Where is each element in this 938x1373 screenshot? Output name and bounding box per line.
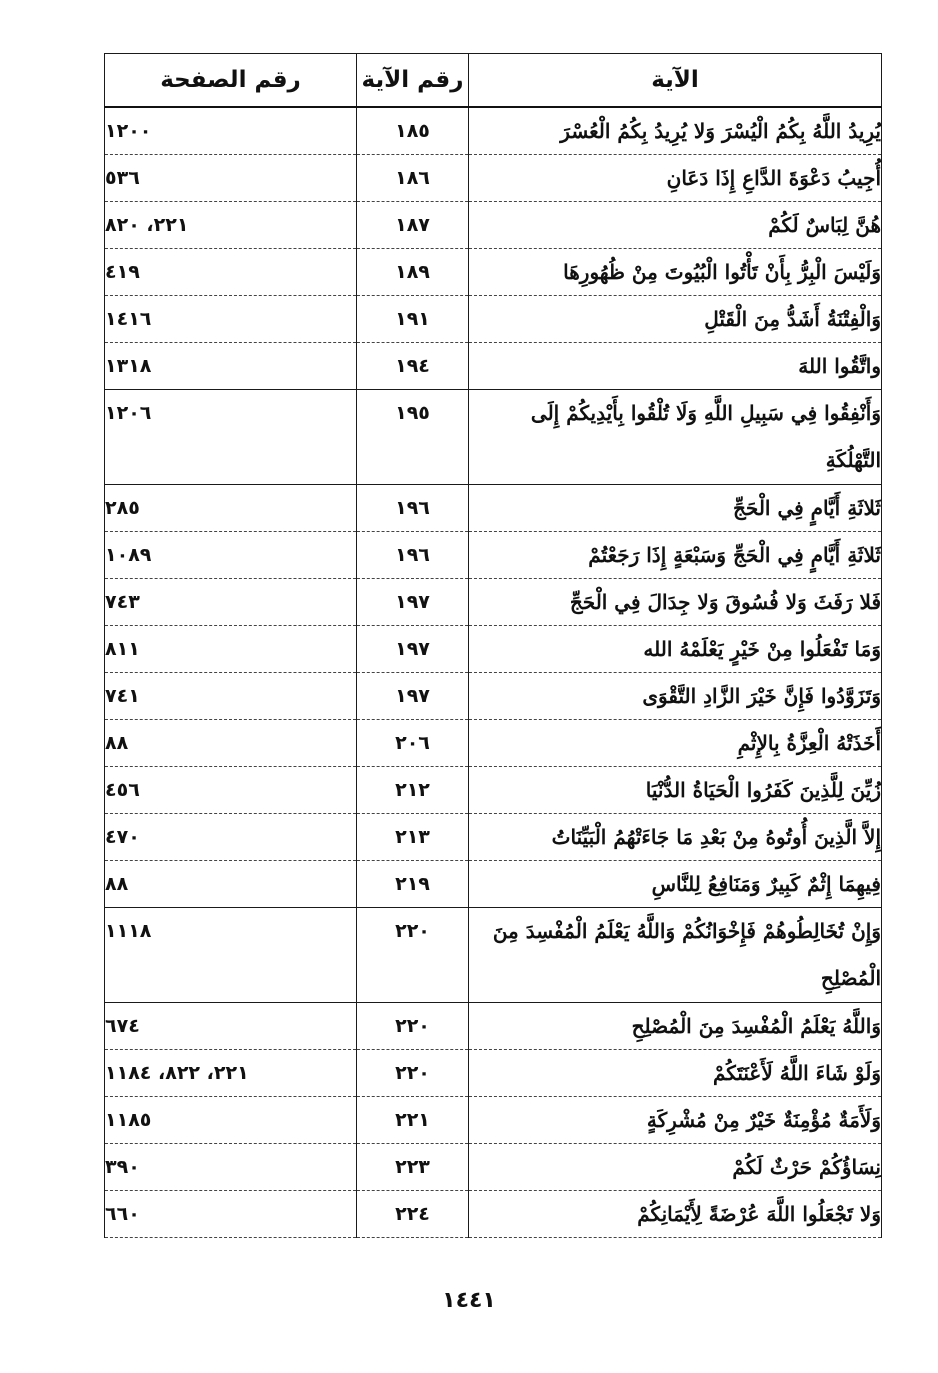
table-row: وَأَنْفِقُوا فِي سَبِيلِ اللَّهِ وَلَا ت… [105, 390, 882, 485]
page-references: ٦٧٤ [105, 1003, 357, 1050]
table-row: ثَلاثَةِ أَيَّامٍ فِي الْحَجِّ وَسَبْعَة… [105, 532, 882, 579]
page-references: ٤٥٦ [105, 767, 357, 814]
verse-index-table: الآية رقم الآية رقم الصفحة يُرِيدُ اللَّ… [104, 53, 882, 1238]
page-references-text: ٤١٩ [105, 249, 356, 295]
verse-number: ١٩٥ [357, 390, 469, 485]
verse-number: ١٩٧ [357, 626, 469, 673]
page-references-text: ٨١١ [105, 626, 356, 672]
page-references: ١٠٨٩ [105, 532, 357, 579]
page-references-text: ١٠٨٩ [105, 532, 356, 578]
table-row: ثَلاثَةِ أَيَّامٍ فِي الْحَجِّ١٩٦٢٨٥ [105, 485, 882, 532]
verse-number: ٢٢٠ [357, 1050, 469, 1097]
page-references-text: ١٤١٦ [105, 296, 356, 342]
verse-number: ١٨٩ [357, 249, 469, 296]
verse-number: ١٨٥ [357, 107, 469, 155]
verse-text: أَخَذَتْهُ الْعِزَّةُ بِالإِثْمِ [469, 720, 882, 767]
page-references-text: ٧٤١ [105, 673, 356, 719]
verse-number: ١٩٦ [357, 485, 469, 532]
page-references: ١٤١٦ [105, 296, 357, 343]
page-references: ٦٦٠ [105, 1191, 357, 1238]
table-row: وَالْفِتْنَةُ أَشَدُّ مِنَ الْقَتْلِ١٩١١… [105, 296, 882, 343]
verse-number: ١٨٧ [357, 202, 469, 249]
table-row: زُيِّنَ لِلَّذِينَ كَفَرُوا الْحَيَاةُ ا… [105, 767, 882, 814]
verse-text: وَأَنْفِقُوا فِي سَبِيلِ اللَّهِ وَلَا ت… [469, 390, 882, 485]
verse-text: أُجِيبُ دَعْوَةَ الدَّاعِ إِذَا دَعَانِ [469, 155, 882, 202]
page-references-text: ٣٩٠ [105, 1144, 356, 1190]
page-references: ٣٩٠ [105, 1144, 357, 1191]
table-header-row: الآية رقم الآية رقم الصفحة [105, 54, 882, 108]
table-row: نِسَاؤُكُمْ حَرْثٌ لَكُمْ٢٢٣٣٩٠ [105, 1144, 882, 1191]
verse-number: ١٩٧ [357, 673, 469, 720]
page-references-text: ٤٧٠ [105, 814, 356, 860]
page-references: ١٢٠٦ [105, 390, 357, 485]
table-row: وَلَوْ شَاءَ اللَّهُ لَأَعْنَتَكُمْ٢٢٠٢٢… [105, 1050, 882, 1097]
verse-text: وَإِنْ تُخَالِطُوهُمْ فَإِخْوَانُكُمْ وَ… [469, 908, 882, 1003]
header-verse-number: رقم الآية [357, 54, 469, 108]
verse-text: واتَّقُوا اللهَ [469, 343, 882, 390]
page-references-text: ٢٢١، ٨٢٠ [105, 202, 356, 248]
table-row: وَلَأَمَةٌ مُؤْمِنَةٌ خَيْرٌ مِنْ مُشْرِ… [105, 1097, 882, 1144]
verse-text: وَمَا تَفْعَلُوا مِنْ خَيْرٍ يَعْلَمْهُ … [469, 626, 882, 673]
verse-number: ١٩٧ [357, 579, 469, 626]
page-references: ٢٢١، ٨٢٠ [105, 202, 357, 249]
page-references: ٢٨٥ [105, 485, 357, 532]
verse-text: وَلَيْسَ الْبِرُّ بِأَنْ تَأْتُوا الْبُي… [469, 249, 882, 296]
verse-text: وَلَأَمَةٌ مُؤْمِنَةٌ خَيْرٌ مِنْ مُشْرِ… [469, 1097, 882, 1144]
table-row: أُجِيبُ دَعْوَةَ الدَّاعِ إِذَا دَعَانِ١… [105, 155, 882, 202]
page-references-text: ٨٨ [105, 861, 356, 907]
header-page-number: رقم الصفحة [105, 54, 357, 108]
page-references: ١١٨٥ [105, 1097, 357, 1144]
verse-text: إِلاَّ الَّذِينَ أُوتُوهُ مِنْ بَعْدِ مَ… [469, 814, 882, 861]
page-references: ٧٤٣ [105, 579, 357, 626]
header-verse: الآية [469, 54, 882, 108]
verse-number: ٢١٣ [357, 814, 469, 861]
verse-number: ٢٢٣ [357, 1144, 469, 1191]
page-references-text: ١١٨٥ [105, 1097, 356, 1143]
verse-number: ١٩١ [357, 296, 469, 343]
verse-text: وَاللَّهُ يَعْلَمُ الْمُفْسِدَ مِنَ الْم… [469, 1003, 882, 1050]
table-row: هُنَّ لِبَاسٌ لَكُمْ١٨٧٢٢١، ٨٢٠ [105, 202, 882, 249]
page-references-text: ٢٨٥ [105, 485, 356, 531]
verse-text: فِيهِمَا إِثْمٌ كَبِيرٌ وَمَنَافِعُ لِلن… [469, 861, 882, 908]
page-references: ٤١٩ [105, 249, 357, 296]
page-references: ٧٤١ [105, 673, 357, 720]
table-body: يُرِيدُ اللَّهُ بِكُمُ الْيُسْرَ وَلا يُ… [105, 107, 882, 1238]
table-row: وَلا تَجْعَلُوا اللَّهَ عُرْضَةً لِأَيْم… [105, 1191, 882, 1238]
verse-number: ١٩٤ [357, 343, 469, 390]
verse-text: وَلَوْ شَاءَ اللَّهُ لَأَعْنَتَكُمْ [469, 1050, 882, 1097]
page-references-text: ٧٤٣ [105, 579, 356, 625]
verse-text: وَلا تَجْعَلُوا اللَّهَ عُرْضَةً لِأَيْم… [469, 1191, 882, 1238]
page-references: ١٢٠٠ [105, 107, 357, 155]
table-row: فِيهِمَا إِثْمٌ كَبِيرٌ وَمَنَافِعُ لِلن… [105, 861, 882, 908]
verse-number: ١٩٦ [357, 532, 469, 579]
page-references-text: ١٢٠٦ [105, 390, 356, 436]
page-references-text: ٦٦٠ [105, 1191, 356, 1237]
table-row: وَلَيْسَ الْبِرُّ بِأَنْ تَأْتُوا الْبُي… [105, 249, 882, 296]
verse-number: ٢٢٠ [357, 1003, 469, 1050]
table-row: فَلا رَفَثَ وَلا فُسُوقَ وَلا جِدَالَ فِ… [105, 579, 882, 626]
table-row: وَمَا تَفْعَلُوا مِنْ خَيْرٍ يَعْلَمْهُ … [105, 626, 882, 673]
page-references: ٢٢١، ٨٢٢، ١١٨٤ [105, 1050, 357, 1097]
document-page: الآية رقم الآية رقم الصفحة يُرِيدُ اللَّ… [0, 0, 938, 1373]
page-references-text: ٥٣٦ [105, 155, 356, 201]
page-number: ١٤٤١ [0, 1288, 938, 1313]
page-references-text: ٢٢١، ٨٢٢، ١١٨٤ [105, 1050, 356, 1096]
table-row: وَإِنْ تُخَالِطُوهُمْ فَإِخْوَانُكُمْ وَ… [105, 908, 882, 1003]
page-references: ١١١٨ [105, 908, 357, 1003]
verse-text: نِسَاؤُكُمْ حَرْثٌ لَكُمْ [469, 1144, 882, 1191]
table-row: يُرِيدُ اللَّهُ بِكُمُ الْيُسْرَ وَلا يُ… [105, 107, 882, 155]
page-references-text: ٤٥٦ [105, 767, 356, 813]
page-references-text: ١١١٨ [105, 908, 356, 954]
verse-text: وَالْفِتْنَةُ أَشَدُّ مِنَ الْقَتْلِ [469, 296, 882, 343]
page-references: ٨١١ [105, 626, 357, 673]
table-row: واتَّقُوا اللهَ١٩٤١٣١٨ [105, 343, 882, 390]
verse-number: ٢٢١ [357, 1097, 469, 1144]
verse-text: وَتَزَوَّدُوا فَإِنَّ خَيْرَ الزَّادِ ال… [469, 673, 882, 720]
verse-text: ثَلاثَةِ أَيَّامٍ فِي الْحَجِّ [469, 485, 882, 532]
page-references: ٥٣٦ [105, 155, 357, 202]
page-references-text: ٦٧٤ [105, 1003, 356, 1049]
verse-text: زُيِّنَ لِلَّذِينَ كَفَرُوا الْحَيَاةُ ا… [469, 767, 882, 814]
page-references-text: ١٣١٨ [105, 343, 356, 389]
table-row: إِلاَّ الَّذِينَ أُوتُوهُ مِنْ بَعْدِ مَ… [105, 814, 882, 861]
page-references: ١٣١٨ [105, 343, 357, 390]
verse-number: ٢٢٤ [357, 1191, 469, 1238]
table-row: أَخَذَتْهُ الْعِزَّةُ بِالإِثْمِ٢٠٦٨٨ [105, 720, 882, 767]
page-references: ٨٨ [105, 861, 357, 908]
verse-text: هُنَّ لِبَاسٌ لَكُمْ [469, 202, 882, 249]
page-references-text: ٨٨ [105, 720, 356, 766]
verse-number: ٢١٢ [357, 767, 469, 814]
page-references: ٨٨ [105, 720, 357, 767]
verse-number: ٢٢٠ [357, 908, 469, 1003]
verse-number: ٢١٩ [357, 861, 469, 908]
table-row: وَتَزَوَّدُوا فَإِنَّ خَيْرَ الزَّادِ ال… [105, 673, 882, 720]
table-row: وَاللَّهُ يَعْلَمُ الْمُفْسِدَ مِنَ الْم… [105, 1003, 882, 1050]
verse-number: ١٨٦ [357, 155, 469, 202]
page-references-text: ١٢٠٠ [105, 108, 356, 154]
verse-text: فَلا رَفَثَ وَلا فُسُوقَ وَلا جِدَالَ فِ… [469, 579, 882, 626]
verse-text: يُرِيدُ اللَّهُ بِكُمُ الْيُسْرَ وَلا يُ… [469, 107, 882, 155]
page-references: ٤٧٠ [105, 814, 357, 861]
verse-text: ثَلاثَةِ أَيَّامٍ فِي الْحَجِّ وَسَبْعَة… [469, 532, 882, 579]
verse-number: ٢٠٦ [357, 720, 469, 767]
